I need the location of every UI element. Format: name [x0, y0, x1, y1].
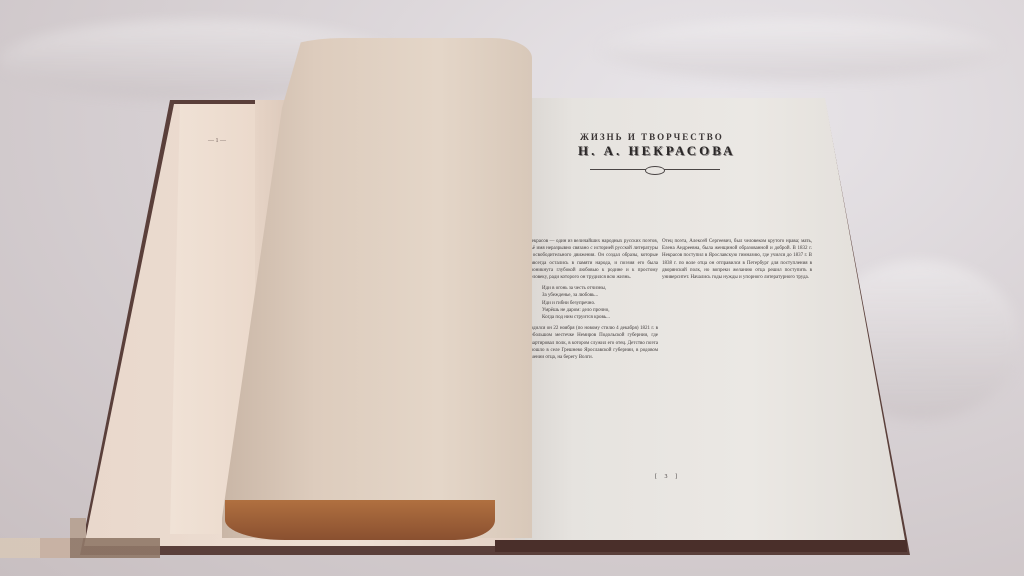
- cloth-fold: [600, 20, 1000, 80]
- chapter-title-top: ЖИЗНЬ И ТВОРЧЕСТВО: [580, 132, 724, 142]
- page-curl-edge: [225, 500, 495, 540]
- pixelated-watermark: [0, 538, 160, 558]
- chapter-title-main: Н. А. НЕКРАСОВА: [578, 143, 735, 159]
- title-ornament-icon: [590, 168, 720, 172]
- paragraph: Родился он 22 ноября (по новому стилю 4 …: [528, 326, 658, 360]
- book-bottom-edge: [495, 540, 907, 552]
- page-number: [ 3 ]: [655, 474, 680, 480]
- pixelated-watermark: [70, 518, 86, 538]
- poem-quote: Иди в огонь за честь отчизны, За убежден…: [542, 285, 658, 321]
- left-page-mark: — 1 —: [208, 138, 226, 145]
- paragraph: Некрасов — один из величайших народных р…: [528, 239, 658, 280]
- text-column-right: Отец поэта, Алексей Сергеевич, был челов…: [662, 238, 812, 468]
- paragraph: Отец поэта, Алексей Сергеевич, был челов…: [662, 239, 812, 280]
- text-column-left: Некрасов — один из величайших народных р…: [528, 238, 658, 468]
